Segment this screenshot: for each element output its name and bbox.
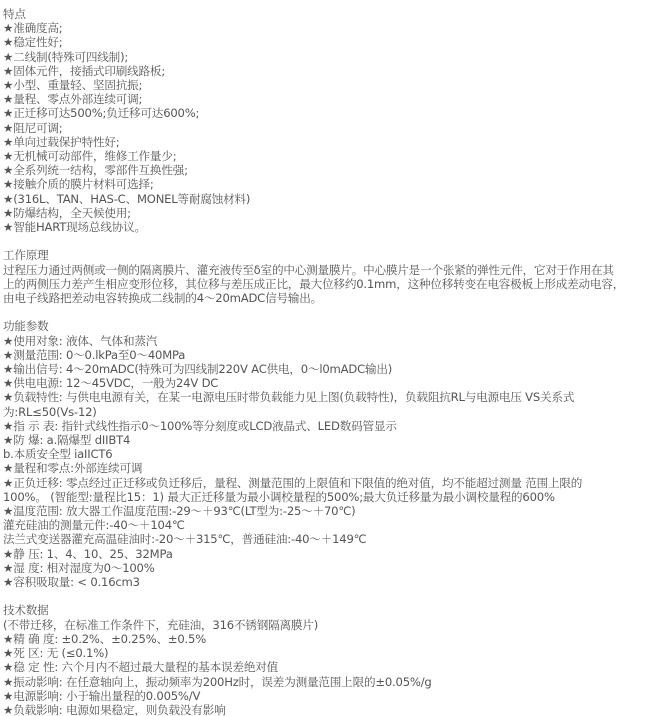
line-text: 精 确 度: ±0.2%、±0.25%、±0.5% xyxy=(13,632,206,646)
line-text: 量程和零点:外部连续可调 xyxy=(13,461,142,475)
star-bullet-icon: ★ xyxy=(3,21,13,35)
tech-data-line: (不带迁移，在标准工作条件下，充硅油，316不锈钢隔离膜片) xyxy=(3,618,664,632)
function-param-line: 法兰式变送器灌充高温硅油时:-20～＋315℃，普通硅油:-40～＋149℃ xyxy=(3,532,664,546)
tech-data-line: ★死 区: 无 (≤0.1%) xyxy=(3,646,664,660)
feature-item: ★准确度高; xyxy=(3,21,664,35)
star-bullet-icon: ★ xyxy=(3,149,13,163)
feature-item: ★智能HART现场总线协议。 xyxy=(3,220,664,234)
line-text: 防爆结构，全天候使用; xyxy=(13,206,131,220)
line-text: 为:RL≤50(Vs-12) xyxy=(3,405,97,419)
section-title-function-params: 功能参数 xyxy=(3,319,664,333)
star-bullet-icon: ★ xyxy=(3,348,13,362)
star-bullet-icon: ★ xyxy=(3,206,13,220)
star-bullet-icon: ★ xyxy=(3,177,13,191)
function-param-line: ★供电电源: 12～45VDC，一般为24V DC xyxy=(3,376,664,390)
function-param-line: b.本质安全型 iaIICT6 xyxy=(3,447,664,461)
line-text: 全系列统一结构，零部件互换性强; xyxy=(13,163,188,177)
feature-item: ★全系列统一结构，零部件互换性强; xyxy=(3,163,664,177)
feature-item: ★防爆结构，全天候使用; xyxy=(3,206,664,220)
function-param-line: ★容积吸取量: < 0.16cm3 xyxy=(3,575,664,589)
star-bullet-icon: ★ xyxy=(3,376,13,390)
star-bullet-icon: ★ xyxy=(3,476,13,490)
function-param-line: 100%。 (智能型:量程比15：1) 最大正迁移量为最小调校量程的500%;最… xyxy=(3,490,664,504)
line-text: 稳 定 性: 六个月内不超过最大量程的基本误差绝对值 xyxy=(13,660,278,674)
tech-data-list: (不带迁移，在标准工作条件下，充硅油，316不锈钢隔离膜片)★精 确 度: ±0… xyxy=(3,618,664,716)
star-bullet-icon: ★ xyxy=(3,390,13,404)
principle-line: 由电子线路把差动电容转换成二线制的4～20mADC信号输出。 xyxy=(3,291,664,305)
star-bullet-icon: ★ xyxy=(3,362,13,376)
star-bullet-icon: ★ xyxy=(3,163,13,177)
function-params-list: ★使用对象: 液体、气体和蒸汽★测量范围: 0～0.lkPa至0～40MPa★输… xyxy=(3,334,664,590)
line-text: 量程、零点外部连续可调; xyxy=(13,92,142,106)
feature-item: ★固体元件，接插式印刷线路板; xyxy=(3,64,664,78)
feature-item: ★无机械可动部件，维修工作量少; xyxy=(3,149,664,163)
star-bullet-icon: ★ xyxy=(3,461,13,475)
feature-item: ★阻尼可调; xyxy=(3,121,664,135)
star-bullet-icon: ★ xyxy=(3,646,13,660)
line-text: 单向过载保护特性好; xyxy=(13,135,119,149)
line-text: 稳定性好; xyxy=(13,35,62,49)
line-text: 小型、重量轻、坚固抗振; xyxy=(13,78,142,92)
feature-item: ★二线制(特殊可四线制); xyxy=(3,50,664,64)
star-bullet-icon: ★ xyxy=(3,575,13,589)
star-bullet-icon: ★ xyxy=(3,334,13,348)
function-param-line: ★正负迁移: 零点经过正迁移或负迁移后，量程、测量范围的上限值和下限值的绝对值，… xyxy=(3,476,664,490)
feature-item: ★(316L、TAN、HAS-C、MONEL等耐腐蚀材料) xyxy=(3,192,664,206)
star-bullet-icon: ★ xyxy=(3,35,13,49)
feature-item: ★量程、零点外部连续可调; xyxy=(3,92,664,106)
star-bullet-icon: ★ xyxy=(3,106,13,120)
line-text: 法兰式变送器灌充高温硅油时:-20～＋315℃，普通硅油:-40～＋149℃ xyxy=(3,532,366,546)
line-text: 容积吸取量: < 0.16cm3 xyxy=(13,575,140,589)
star-bullet-icon: ★ xyxy=(3,675,13,689)
line-text: 100%。 (智能型:量程比15：1) 最大正迁移量为最小调校量程的500%;最… xyxy=(3,490,555,504)
line-text: 灌充硅油的测量元件:-40～＋104℃ xyxy=(3,518,185,532)
function-param-line: ★负载特性: 与供电电源有关，在某一电源电压时带负载能力见上图(负载特性)，负载… xyxy=(3,390,664,404)
line-text: 固体元件，接插式印刷线路板; xyxy=(13,64,165,78)
function-param-line: ★防 爆: a.隔爆型 dIIBT4 xyxy=(3,433,664,447)
function-param-line: ★静 压: 1、4、10、25、32MPa xyxy=(3,547,664,561)
line-text: 无机械可动部件，维修工作量少; xyxy=(13,149,176,163)
line-text: 振动影响: 在任意轴向上，振动频率为200Hz时，误差为测量范围上限的±0.05… xyxy=(13,675,431,689)
feature-item: ★正迁移可达500%;负迁移可达600%; xyxy=(3,106,664,120)
star-bullet-icon: ★ xyxy=(3,92,13,106)
feature-item: ★稳定性好; xyxy=(3,35,664,49)
line-text: 负载特性: 与供电电源有关，在某一电源电压时带负载能力见上图(负载特性)，负载阻… xyxy=(13,390,574,404)
feature-item: ★接触介质的膜片材料可选择; xyxy=(3,177,664,191)
tech-data-line: ★负载影响: 电源如果稳定，则负载没有影响 xyxy=(3,703,664,716)
function-param-line: ★指 示 表: 指针式线性指示0～100%等分刻度或LCD液晶式、LED数码管显… xyxy=(3,419,664,433)
line-text: 负载影响: 电源如果稳定，则负载没有影响 xyxy=(13,703,225,716)
line-text: 阻尼可调; xyxy=(13,121,62,135)
function-param-line: ★温度范围: 放大器工作温度范围:-29～＋93℃(LT型为:-25～＋70℃) xyxy=(3,504,664,518)
function-param-line: ★测量范围: 0～0.lkPa至0～40MPa xyxy=(3,348,664,362)
line-text: 静 压: 1、4、10、25、32MPa xyxy=(13,547,172,561)
line-text: (不带迁移，在标准工作条件下，充硅油，316不锈钢隔离膜片) xyxy=(3,618,318,632)
line-text: 输出信号: 4～20mADC(特殊可为四线制220V AC供电，0～l0mADC… xyxy=(13,362,392,376)
star-bullet-icon: ★ xyxy=(3,660,13,674)
line-text: 正迁移可达500%;负迁移可达600%; xyxy=(13,106,199,120)
feature-item: ★小型、重量轻、坚固抗振; xyxy=(3,78,664,92)
star-bullet-icon: ★ xyxy=(3,433,13,447)
tech-data-line: ★振动影响: 在任意轴向上，振动频率为200Hz时，误差为测量范围上限的±0.0… xyxy=(3,675,664,689)
section-title-tech-data: 技术数据 xyxy=(3,603,664,617)
line-text: 防 爆: a.隔爆型 dIIBT4 xyxy=(13,433,130,447)
line-text: b.本质安全型 iaIICT6 xyxy=(3,447,112,461)
function-param-line: 为:RL≤50(Vs-12) xyxy=(3,405,664,419)
features-list: ★准确度高;★稳定性好;★二线制(特殊可四线制);★固体元件，接插式印刷线路板;… xyxy=(3,21,664,234)
star-bullet-icon: ★ xyxy=(3,50,13,64)
star-bullet-icon: ★ xyxy=(3,703,13,716)
line-text: 正负迁移: 零点经过正迁移或负迁移后，量程、测量范围的上限值和下限值的绝对值，均… xyxy=(13,476,582,490)
line-text: 死 区: 无 (≤0.1%) xyxy=(13,646,108,660)
line-text: 接触介质的膜片材料可选择; xyxy=(13,177,153,191)
star-bullet-icon: ★ xyxy=(3,220,13,234)
star-bullet-icon: ★ xyxy=(3,689,13,703)
star-bullet-icon: ★ xyxy=(3,561,13,575)
line-text: 准确度高; xyxy=(13,21,62,35)
product-spec-document: 特点 ★准确度高;★稳定性好;★二线制(特殊可四线制);★固体元件，接插式印刷线… xyxy=(0,0,668,716)
line-text: 供电电源: 12～45VDC，一般为24V DC xyxy=(13,376,218,390)
principle-line: 过程压力通过两侧或一侧的隔离膜片、灌充液传至δ室的中心测量膜片。中心膜片是一个张… xyxy=(3,263,664,277)
star-bullet-icon: ★ xyxy=(3,547,13,561)
principle-line: 上的两侧压力差产生相应变形位移，其位移与差压成正比，最大位移约0.1mm，这种位… xyxy=(3,277,664,291)
function-param-line: ★量程和零点:外部连续可调 xyxy=(3,461,664,475)
line-text: 温度范围: 放大器工作温度范围:-29～＋93℃(LT型为:-25～＋70℃) xyxy=(13,504,355,518)
star-bullet-icon: ★ xyxy=(3,78,13,92)
line-text: 智能HART现场总线协议。 xyxy=(13,220,146,234)
star-bullet-icon: ★ xyxy=(3,419,13,433)
section-title-features: 特点 xyxy=(3,7,664,21)
function-param-line: ★使用对象: 液体、气体和蒸汽 xyxy=(3,334,664,348)
feature-item: ★单向过载保护特性好; xyxy=(3,135,664,149)
line-text: 湿 度: 相对湿度为0～100% xyxy=(13,561,154,575)
line-text: 电源影响: 小于输出量程的0.005%/V xyxy=(13,689,200,703)
line-text: 二线制(特殊可四线制); xyxy=(13,50,128,64)
star-bullet-icon: ★ xyxy=(3,632,13,646)
star-bullet-icon: ★ xyxy=(3,64,13,78)
function-param-line: 灌充硅油的测量元件:-40～＋104℃ xyxy=(3,518,664,532)
tech-data-line: ★稳 定 性: 六个月内不超过最大量程的基本误差绝对值 xyxy=(3,660,664,674)
function-param-line: ★输出信号: 4～20mADC(特殊可为四线制220V AC供电，0～l0mAD… xyxy=(3,362,664,376)
section-title-principle: 工作原理 xyxy=(3,248,664,262)
function-param-line: ★湿 度: 相对湿度为0～100% xyxy=(3,561,664,575)
tech-data-line: ★电源影响: 小于输出量程的0.005%/V xyxy=(3,689,664,703)
tech-data-line: ★精 确 度: ±0.2%、±0.25%、±0.5% xyxy=(3,632,664,646)
star-bullet-icon: ★ xyxy=(3,504,13,518)
line-text: 指 示 表: 指针式线性指示0～100%等分刻度或LCD液晶式、LED数码管显示 xyxy=(13,419,397,433)
line-text: (316L、TAN、HAS-C、MONEL等耐腐蚀材料) xyxy=(13,192,250,206)
star-bullet-icon: ★ xyxy=(3,135,13,149)
star-bullet-icon: ★ xyxy=(3,121,13,135)
line-text: 测量范围: 0～0.lkPa至0～40MPa xyxy=(13,348,185,362)
star-bullet-icon: ★ xyxy=(3,192,13,206)
line-text: 使用对象: 液体、气体和蒸汽 xyxy=(13,334,157,348)
